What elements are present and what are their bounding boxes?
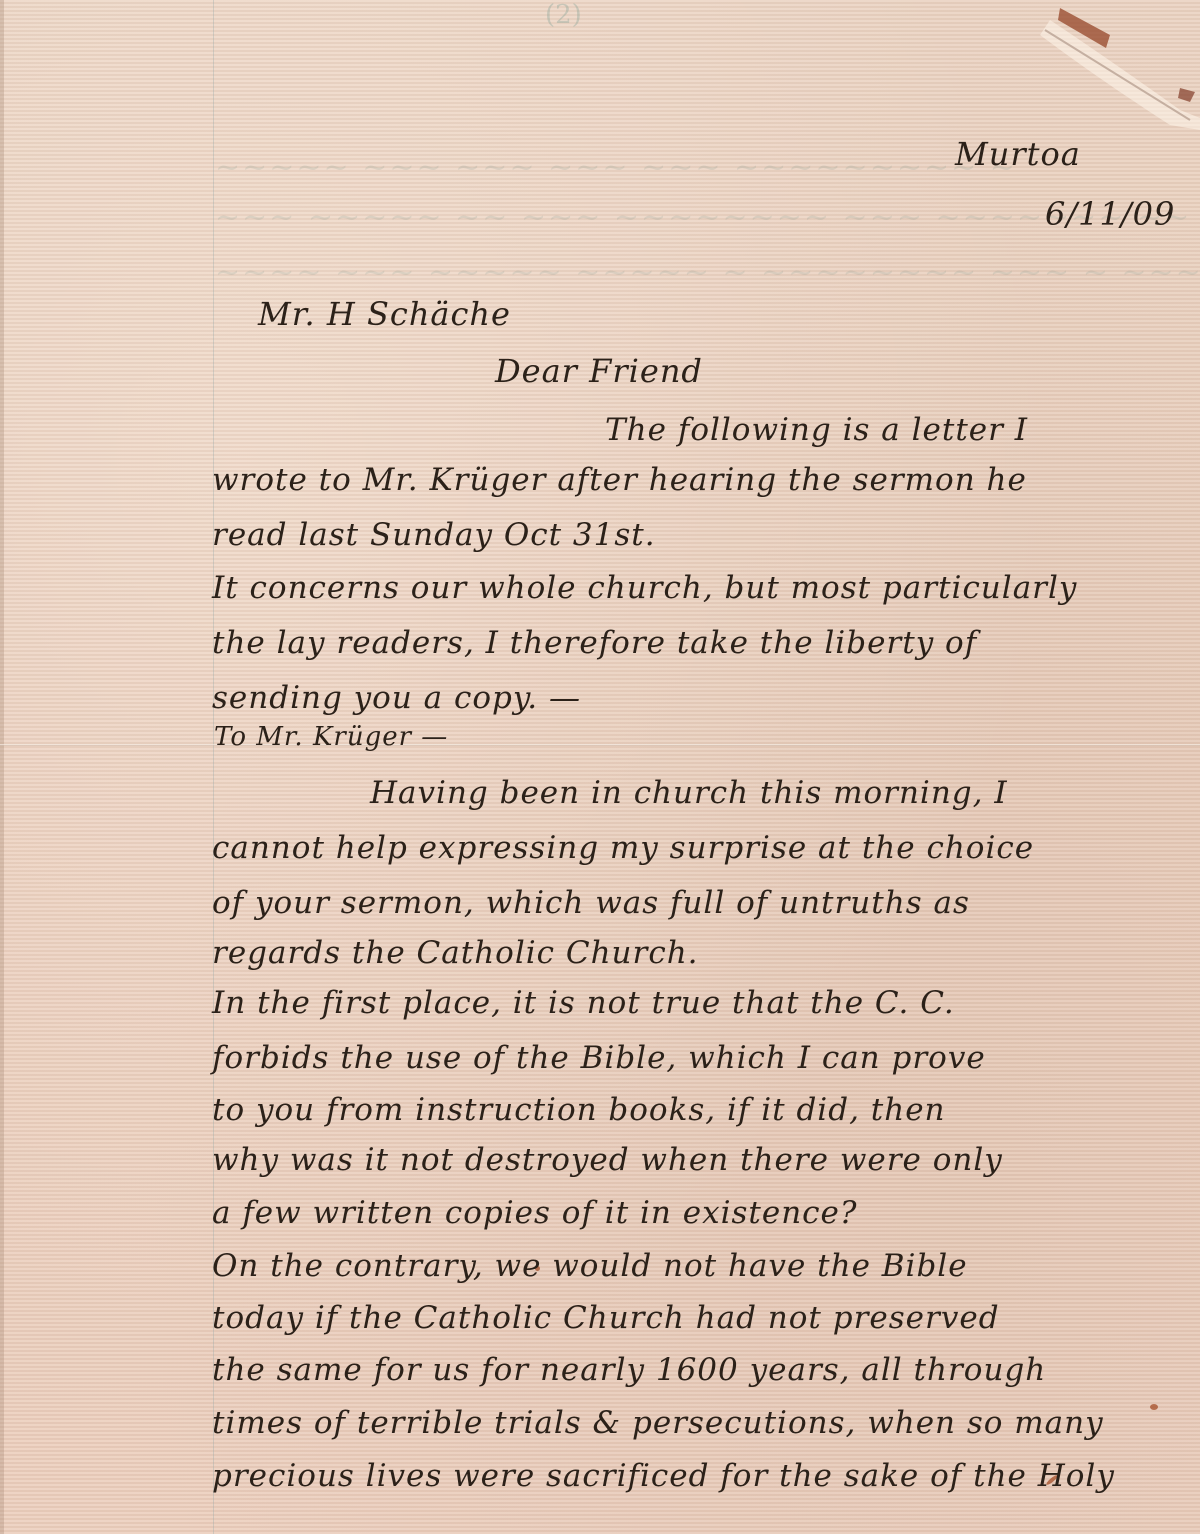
body-line: precious lives were sacrificed for the s… bbox=[212, 1458, 1115, 1494]
letter-salutation: Dear Friend bbox=[495, 352, 703, 390]
intro-line: the lay readers, I therefore take the li… bbox=[212, 625, 977, 661]
bleed-through-text: ~~~~~ ~~~ ~~~ ~~~ ~~~ ~~~~~~~~~ ~ bbox=[215, 150, 1017, 185]
corner-damage-icon bbox=[1030, 0, 1200, 130]
body-line: times of terrible trials & persecutions,… bbox=[212, 1405, 1104, 1441]
page-marker: (2) bbox=[545, 0, 582, 30]
intro-line: The following is a letter I bbox=[605, 412, 1028, 448]
bleed-through-text: ~~~~ ~~~ ~~~~~ ~~~~~ ~ ~~~~~~~~ ~~~ ~ ~~… bbox=[215, 255, 1200, 290]
body-line: On the contrary, we would not have the B… bbox=[212, 1248, 968, 1284]
letter-place: Murtoa bbox=[955, 135, 1081, 173]
copy-heading: To Mr. Krüger — bbox=[214, 722, 448, 752]
intro-line: sending you a copy. — bbox=[212, 680, 581, 716]
body-line: a few written copies of it in existence? bbox=[212, 1195, 857, 1231]
intro-line: read last Sunday Oct 31st. bbox=[212, 517, 656, 553]
letter-date: 6/11/09 bbox=[1045, 195, 1175, 233]
body-line: of your sermon, which was full of untrut… bbox=[212, 885, 970, 921]
body-line: forbids the use of the Bible, which I ca… bbox=[212, 1040, 986, 1076]
body-line: regards the Catholic Church. bbox=[212, 935, 699, 971]
paper-left-edge bbox=[0, 0, 4, 1534]
rust-stain bbox=[1150, 1404, 1158, 1410]
intro-line: wrote to Mr. Krüger after hearing the se… bbox=[212, 462, 1027, 498]
body-line: why was it not destroyed when there were… bbox=[212, 1142, 1003, 1178]
intro-line: It concerns our whole church, but most p… bbox=[212, 570, 1077, 606]
letter-addressee: Mr. H Schäche bbox=[258, 295, 511, 333]
body-line: today if the Catholic Church had not pre… bbox=[212, 1300, 1000, 1336]
body-line: cannot help expressing my surprise at th… bbox=[212, 830, 1034, 866]
body-line: the same for us for nearly 1600 years, a… bbox=[212, 1352, 1046, 1388]
body-line: to you from instruction books, if it did… bbox=[212, 1092, 946, 1128]
body-line: In the first place, it is not true that … bbox=[212, 985, 955, 1021]
body-line: Having been in church this morning, I bbox=[370, 775, 1008, 811]
fold-crease bbox=[0, 744, 1200, 746]
